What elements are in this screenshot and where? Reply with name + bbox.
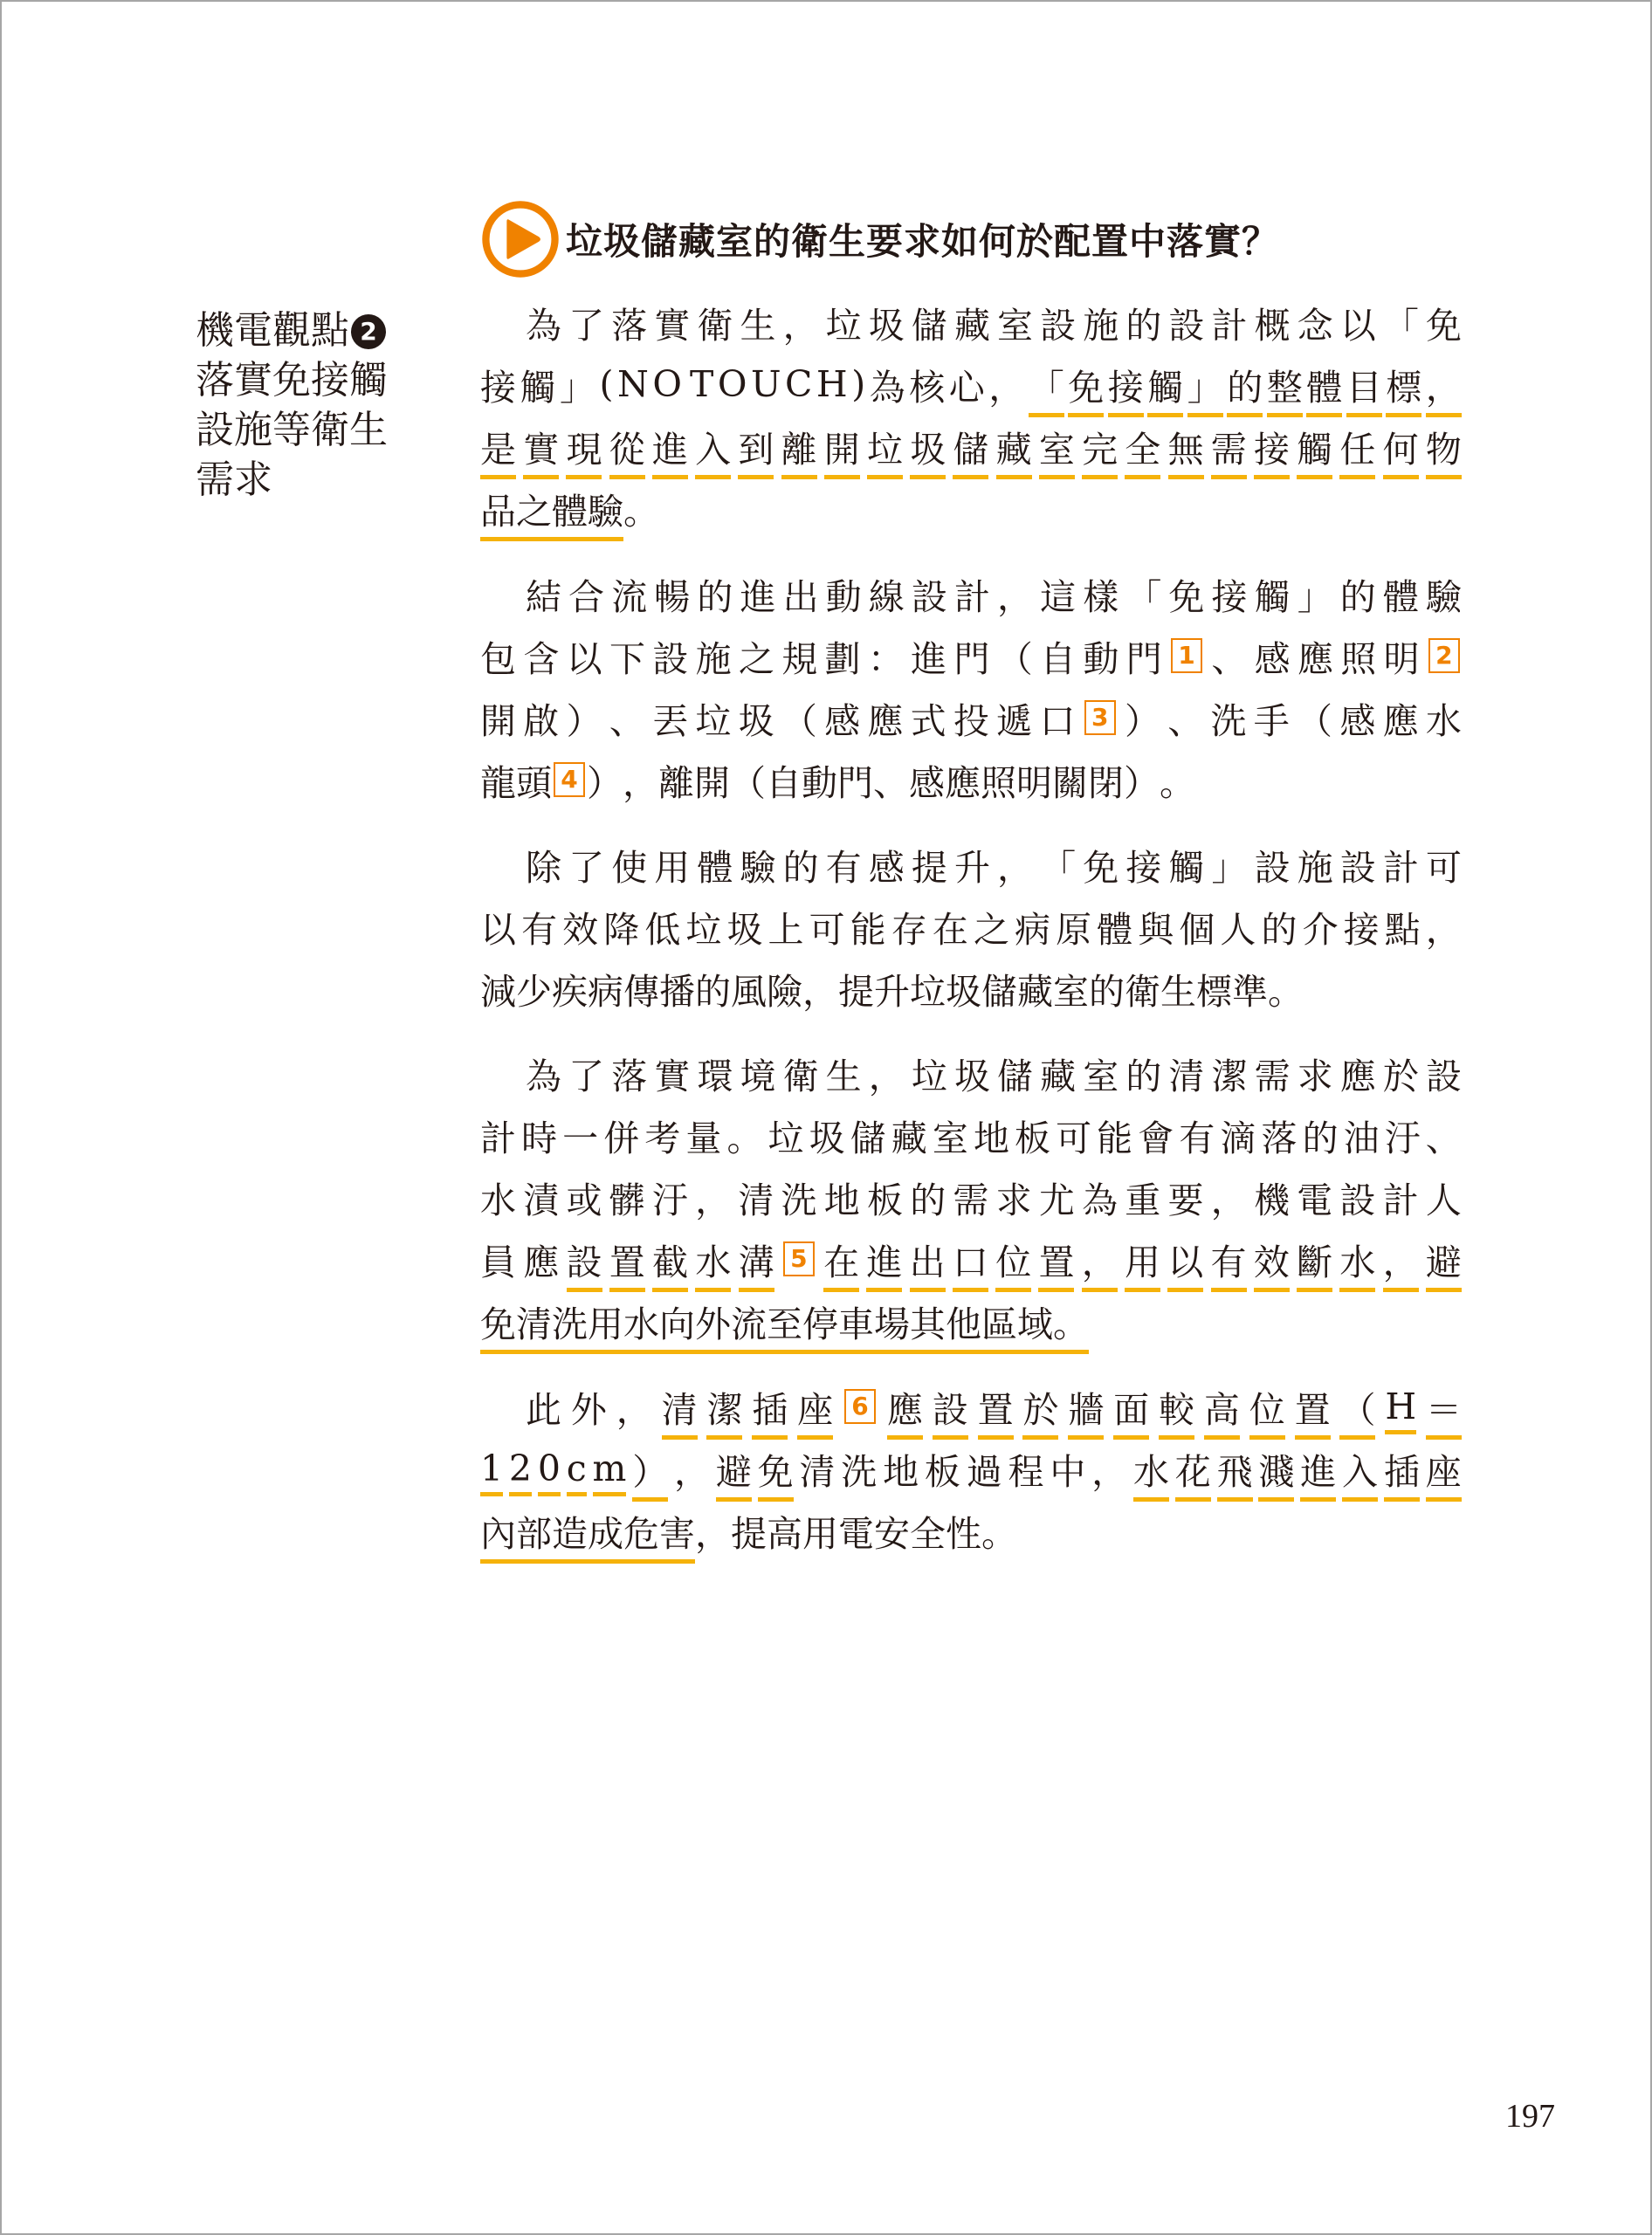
highlighted-char: 完 bbox=[1082, 421, 1118, 472]
text-char: 介 bbox=[1303, 901, 1339, 952]
text-char: 求 bbox=[996, 1172, 1032, 1223]
circled-number-badge: 2 bbox=[351, 314, 386, 349]
text-char: 遞 bbox=[996, 692, 1032, 744]
text-char: 洗 bbox=[1211, 692, 1247, 744]
text-char: 感 bbox=[909, 754, 945, 806]
highlighted-char: ， bbox=[1383, 1234, 1419, 1285]
text-char: 升 bbox=[954, 839, 990, 891]
highlighted-char: 置 bbox=[978, 1381, 1014, 1433]
text-char: 計 bbox=[954, 568, 990, 620]
highlighted-char: 接 bbox=[1108, 359, 1144, 410]
figure-reference-badge: 4 bbox=[554, 762, 585, 797]
text-char: 施 bbox=[1298, 839, 1333, 891]
highlighted-char: 目 bbox=[1346, 359, 1382, 410]
text-char: 動 bbox=[802, 754, 837, 806]
text-char: 升 bbox=[874, 963, 910, 1014]
text-char: 施 bbox=[696, 630, 732, 682]
text-char: 之 bbox=[739, 630, 774, 682]
text-char: ） bbox=[567, 692, 602, 744]
text-char: 重 bbox=[1125, 1172, 1160, 1223]
text-char: 自 bbox=[1040, 630, 1076, 682]
text-char: ） bbox=[1125, 692, 1160, 744]
text-char: 含 bbox=[523, 630, 559, 682]
text-char: 或 bbox=[566, 1172, 602, 1223]
text-char: 電 bbox=[838, 1505, 874, 1557]
text-char: 劃 bbox=[825, 630, 861, 682]
text-char: 垃 bbox=[912, 1048, 947, 1099]
highlighted-char: 「 bbox=[1029, 359, 1064, 410]
text-char: 門 bbox=[837, 754, 873, 806]
highlighted-char: 到 bbox=[738, 421, 774, 472]
highlighted-char: 位 bbox=[1249, 1381, 1285, 1433]
highlighted-char: 0 bbox=[538, 1448, 561, 1489]
side-note-line: 機電觀點2 bbox=[196, 306, 423, 355]
text-char: 的 bbox=[697, 568, 733, 620]
text-line: 開啟）、丟垃圾（感應式投遞口3）、洗手（感應水 bbox=[480, 692, 1462, 743]
text-line: 為了落實衛生，垃圾儲藏室設施的設計概念以「免 bbox=[480, 297, 1462, 347]
highlighted-char: 垃 bbox=[867, 421, 903, 472]
text-char: 為 bbox=[870, 359, 905, 410]
text-char: 圾 bbox=[726, 901, 762, 952]
text-char: 提 bbox=[838, 963, 874, 1014]
text-char: 外 bbox=[571, 1381, 607, 1433]
text-char: 為 bbox=[1082, 1172, 1118, 1223]
text-char: 存 bbox=[891, 901, 927, 952]
text-char: 會 bbox=[1138, 1110, 1174, 1161]
text-char: 的 bbox=[1125, 1048, 1161, 1099]
highlighted-char: 飛 bbox=[1217, 1443, 1253, 1495]
highlighted-char: 無 bbox=[1168, 421, 1204, 472]
text-char: 此 bbox=[526, 1381, 561, 1433]
text-char: 尤 bbox=[1039, 1172, 1075, 1223]
text-char: ， bbox=[695, 1505, 731, 1557]
highlighted-char: 進 bbox=[866, 1234, 902, 1285]
highlighted-char: 區 bbox=[981, 1296, 1017, 1347]
text-char: 機 bbox=[1254, 1172, 1290, 1223]
side-note: 機電觀點2 落實免接觸 設施等衛生 需求 bbox=[196, 306, 423, 505]
text-char: ， bbox=[869, 1048, 905, 1099]
text-char: 效 bbox=[562, 901, 598, 952]
text-char: 潔 bbox=[1212, 1048, 1248, 1099]
text-char: 全 bbox=[910, 1505, 946, 1557]
text-line: 品之體驗。 bbox=[480, 483, 1462, 533]
text-char: 感 bbox=[869, 839, 905, 891]
text-char: （ bbox=[730, 754, 766, 806]
text-char: 」 bbox=[1212, 839, 1248, 891]
text-char: ： bbox=[868, 630, 904, 682]
highlighted-char: H bbox=[1385, 1386, 1416, 1427]
highlighted-char: 水 bbox=[695, 1234, 731, 1285]
text-char: 接 bbox=[480, 359, 516, 410]
highlighted-char: 置 bbox=[1295, 1381, 1331, 1433]
text-char: 圾 bbox=[954, 1048, 990, 1099]
text-char: 垃 bbox=[685, 901, 721, 952]
text-char: 使 bbox=[611, 839, 647, 891]
text-line: 120cm），避免清洗地板過程中，水花飛濺進入插座 bbox=[480, 1443, 1462, 1494]
text-char: 設 bbox=[912, 568, 947, 620]
text-char: 啟 bbox=[523, 692, 559, 744]
highlighted-char: 用 bbox=[1125, 1234, 1160, 1285]
text-char: ， bbox=[1211, 1172, 1247, 1223]
play-circle-icon bbox=[480, 199, 561, 279]
side-note-line: 設施等衛生 bbox=[196, 405, 423, 455]
text-line: 免清洗用水向外流至停車場其他區域。 bbox=[480, 1296, 1462, 1346]
text-char: 衛 bbox=[697, 297, 733, 348]
highlighted-char: 向 bbox=[659, 1296, 695, 1347]
highlighted-char: 之 bbox=[516, 483, 552, 534]
highlighted-char: 其 bbox=[910, 1296, 946, 1347]
text-char: 了 bbox=[568, 1048, 604, 1099]
book-page: 垃圾儲藏室的衛生要求如何於配置中落實？ 機電觀點2 落實免接觸 設施等衛生 需求… bbox=[0, 0, 1652, 2235]
text-char: 投 bbox=[953, 692, 989, 744]
text-char: 暢 bbox=[654, 568, 690, 620]
text-char: 的 bbox=[1125, 297, 1161, 348]
text-line: 是實現從進入到離開垃圾儲藏室完全無需接觸任何物 bbox=[480, 421, 1462, 471]
text-char: 明 bbox=[1384, 630, 1420, 682]
text-char: 的 bbox=[1261, 901, 1297, 952]
text-char: H bbox=[816, 363, 848, 405]
text-char: 設 bbox=[1255, 839, 1291, 891]
text-char: 設 bbox=[1426, 1048, 1462, 1099]
text-char: 垃 bbox=[910, 963, 946, 1014]
text-char: 、 bbox=[609, 692, 645, 744]
text-char: 。 bbox=[623, 483, 659, 534]
text-char: ， bbox=[695, 1172, 731, 1223]
text-char: 的 bbox=[1340, 568, 1376, 620]
text-char: 藏 bbox=[1040, 1048, 1076, 1099]
text-char: 風 bbox=[731, 963, 767, 1014]
highlighted-char: 花 bbox=[1175, 1443, 1211, 1495]
text-char: 垃 bbox=[768, 1110, 804, 1161]
text-line: 內部造成危害，提高用電安全性。 bbox=[480, 1505, 1462, 1556]
text-char: 過 bbox=[967, 1443, 1002, 1495]
text-char: 開 bbox=[694, 754, 730, 806]
highlighted-char: 從 bbox=[609, 421, 645, 472]
text-char: 」 bbox=[560, 359, 595, 410]
text-char: 這 bbox=[1040, 568, 1076, 620]
text-line: 以有效降低垃圾上可能存在之病原體與個人的介接點， bbox=[480, 901, 1462, 952]
text-char: 環 bbox=[697, 1048, 733, 1099]
text-char: ， bbox=[616, 1381, 652, 1433]
highlighted-char: 插 bbox=[752, 1381, 788, 1433]
text-char: O bbox=[718, 363, 747, 405]
text-char: ， bbox=[783, 297, 819, 348]
text-char: 員 bbox=[480, 1234, 516, 1285]
text-char: 合 bbox=[568, 568, 604, 620]
highlighted-char: 出 bbox=[910, 1234, 946, 1285]
text-char: 一 bbox=[562, 1110, 598, 1161]
text-char: 進 bbox=[740, 568, 775, 620]
text-char: ， bbox=[623, 754, 658, 806]
text-line: 包含以下設施之規劃：進門（自動門1、感應照明2 bbox=[480, 630, 1462, 681]
text-char: 應 bbox=[867, 692, 903, 744]
text-char: 為 bbox=[526, 1048, 561, 1099]
text-char: 電 bbox=[1297, 1172, 1332, 1223]
text-line: 接觸」(NO TOUCH)為核心，「免接觸」的整體目標， bbox=[480, 359, 1462, 409]
text-char: 生 bbox=[826, 1048, 862, 1099]
text-char: 之 bbox=[974, 901, 1009, 952]
text-char: （ bbox=[781, 692, 817, 744]
text-char: 圾 bbox=[809, 1110, 845, 1161]
text-char: 與 bbox=[1138, 901, 1174, 952]
text-char: 的 bbox=[910, 1172, 946, 1223]
text-char: 下 bbox=[609, 630, 645, 682]
text-char: 病 bbox=[1015, 901, 1050, 952]
text-char: 照 bbox=[1340, 630, 1376, 682]
text-char: 地 bbox=[883, 1443, 919, 1495]
highlighted-char: 用 bbox=[588, 1296, 623, 1347]
text-char: 應 bbox=[945, 754, 981, 806]
text-char: 室 bbox=[1083, 1048, 1119, 1099]
text-char: 核 bbox=[909, 359, 945, 410]
text-char: 心 bbox=[949, 359, 985, 410]
text-char: 落 bbox=[1261, 1110, 1297, 1161]
highlighted-char: 任 bbox=[1339, 421, 1375, 472]
text-char: 可 bbox=[1426, 839, 1462, 891]
text-char: 實 bbox=[654, 297, 690, 348]
highlighted-char: 進 bbox=[1300, 1443, 1336, 1495]
text-char: 線 bbox=[869, 568, 905, 620]
text-char: 儲 bbox=[997, 1048, 1033, 1099]
text-char: 少 bbox=[516, 963, 552, 1014]
highlighted-char: 潔 bbox=[706, 1381, 742, 1433]
text-char: 洗 bbox=[841, 1443, 877, 1495]
text-char: （ bbox=[1297, 692, 1332, 744]
highlighted-char: 造 bbox=[552, 1505, 588, 1557]
text-char: ） bbox=[587, 754, 623, 806]
text-char: 的 bbox=[1303, 1110, 1339, 1161]
text-char: 藏 bbox=[954, 297, 990, 348]
text-char: 了 bbox=[568, 297, 604, 348]
text-char: 「 bbox=[1040, 839, 1076, 891]
text-char: 以 bbox=[480, 901, 516, 952]
text-char: 能 bbox=[850, 901, 886, 952]
highlighted-char: 域 bbox=[1017, 1296, 1053, 1347]
text-char: 室 bbox=[933, 1110, 968, 1161]
highlighted-char: 置 bbox=[1038, 1234, 1074, 1285]
highlighted-char: 整 bbox=[1267, 359, 1303, 410]
highlighted-char: 車 bbox=[838, 1296, 874, 1347]
text-char: 可 bbox=[1056, 1110, 1091, 1161]
text-char: 觸 bbox=[520, 359, 556, 410]
text-char: 接 bbox=[1344, 901, 1380, 952]
text-char: 高 bbox=[767, 1505, 802, 1557]
text-char: 體 bbox=[697, 839, 733, 891]
highlighted-char: 全 bbox=[1125, 421, 1160, 472]
text-char: 結 bbox=[526, 568, 561, 620]
highlighted-char: 現 bbox=[566, 421, 602, 472]
text-char: 丟 bbox=[652, 692, 688, 744]
highlighted-char: 牆 bbox=[1068, 1381, 1104, 1433]
text-char: 設 bbox=[1040, 297, 1076, 348]
text-char: 、 bbox=[1167, 692, 1203, 744]
text-char: 、 bbox=[1426, 1110, 1462, 1161]
text-char: 手 bbox=[1254, 692, 1290, 744]
text-char: 應 bbox=[523, 1234, 559, 1285]
text-char: 考 bbox=[644, 1110, 680, 1161]
highlighted-char: 在 bbox=[823, 1234, 859, 1285]
text-char: 在 bbox=[933, 901, 968, 952]
highlighted-char: 觸 bbox=[1297, 421, 1332, 472]
highlighted-char: 標 bbox=[1386, 359, 1421, 410]
text-char: 觸 bbox=[1255, 568, 1291, 620]
highlighted-char: 圾 bbox=[910, 421, 946, 472]
highlighted-char: 內 bbox=[480, 1505, 516, 1557]
highlighted-char: 效 bbox=[1254, 1234, 1290, 1285]
highlighted-char: 是 bbox=[480, 421, 516, 472]
text-char: 照 bbox=[981, 754, 1016, 806]
text-char: 有 bbox=[521, 901, 557, 952]
text-char: O bbox=[652, 363, 682, 405]
text-char: 播 bbox=[659, 963, 695, 1014]
text-char: 傳 bbox=[623, 963, 659, 1014]
text-char: 圾 bbox=[739, 692, 774, 744]
text-char: 低 bbox=[644, 901, 680, 952]
highlighted-char: 離 bbox=[781, 421, 817, 472]
text-char: 。 bbox=[981, 1505, 1017, 1557]
text-char: 點 bbox=[1385, 901, 1421, 952]
text-char: ， bbox=[988, 359, 1024, 410]
text-char: 口 bbox=[1039, 692, 1075, 744]
text-char: （ bbox=[997, 630, 1033, 682]
text-char: 感 bbox=[1255, 630, 1291, 682]
figure-reference-badge: 1 bbox=[1171, 638, 1202, 673]
page-number: 197 bbox=[1505, 2097, 1555, 2135]
highlighted-char: 水 bbox=[1339, 1234, 1375, 1285]
text-char: 人 bbox=[1220, 901, 1256, 952]
text-char: 門 bbox=[1126, 630, 1162, 682]
text-char: 疾 bbox=[552, 963, 588, 1014]
side-note-text: 機電觀點 bbox=[196, 308, 349, 353]
text-char: 水 bbox=[480, 1172, 516, 1223]
text-char: 降 bbox=[603, 901, 639, 952]
highlighted-char: 體 bbox=[1306, 359, 1342, 410]
highlighted-char: 免 bbox=[1068, 359, 1104, 410]
text-char: 時 bbox=[521, 1110, 557, 1161]
highlighted-char: 危 bbox=[623, 1505, 659, 1557]
text-char: 計 bbox=[1383, 839, 1419, 891]
text-char: 清 bbox=[738, 1172, 774, 1223]
text-char: 明 bbox=[1016, 754, 1052, 806]
text-char: ， bbox=[997, 568, 1033, 620]
highlighted-char: 何 bbox=[1383, 421, 1419, 472]
text-char: 安 bbox=[874, 1505, 910, 1557]
highlighted-char: 室 bbox=[1039, 421, 1075, 472]
text-char: 念 bbox=[1298, 297, 1333, 348]
text-char: 驗 bbox=[1426, 568, 1462, 620]
text-char: 地 bbox=[974, 1110, 1009, 1161]
text-char: 漬 bbox=[523, 1172, 559, 1223]
text-line: 結合流暢的進出動線設計，這樣「免接觸」的體驗 bbox=[480, 568, 1462, 619]
text-char: 龍 bbox=[480, 754, 516, 806]
text-char: 觸 bbox=[1168, 839, 1204, 891]
text-char: 洗 bbox=[781, 1172, 817, 1223]
text-char: 體 bbox=[1383, 568, 1419, 620]
text-char: 儲 bbox=[912, 297, 947, 348]
text-char: 以 bbox=[1340, 297, 1376, 348]
text-char: 動 bbox=[826, 568, 862, 620]
text-char: 提 bbox=[912, 839, 947, 891]
text-char: 「 bbox=[1383, 297, 1419, 348]
text-line: 水漬或髒汙，清洗地板的需求尤為重要，機電設計人 bbox=[480, 1172, 1462, 1222]
text-char: ， bbox=[997, 839, 1033, 891]
text-char: N bbox=[617, 363, 649, 405]
text-char: 落 bbox=[611, 297, 647, 348]
text-char: 計 bbox=[1383, 1172, 1419, 1223]
figure-reference-badge: 3 bbox=[1084, 700, 1116, 735]
text-char: 板 bbox=[867, 1172, 903, 1223]
highlighted-char: 面 bbox=[1113, 1381, 1149, 1433]
text-char: 人 bbox=[1426, 1172, 1462, 1223]
text-char: 免 bbox=[1426, 297, 1462, 348]
text-char: 感 bbox=[1339, 692, 1375, 744]
highlighted-char: ＝ bbox=[1426, 1381, 1462, 1433]
highlighted-char: 實 bbox=[523, 421, 559, 472]
text-char: 接 bbox=[1125, 839, 1161, 891]
highlighted-char: 水 bbox=[623, 1296, 659, 1347]
text-char: 性 bbox=[946, 1505, 981, 1557]
text-char: ， bbox=[674, 1443, 710, 1495]
side-note-line: 落實免接觸 bbox=[196, 355, 423, 405]
highlighted-char: 成 bbox=[588, 1505, 623, 1557]
text-char: 體 bbox=[1097, 901, 1132, 952]
highlighted-char: ， bbox=[1082, 1234, 1118, 1285]
text-char: 開 bbox=[480, 692, 516, 744]
highlighted-char: 停 bbox=[802, 1296, 838, 1347]
text-char: 接 bbox=[1212, 568, 1248, 620]
text-char: 垃 bbox=[695, 692, 731, 744]
highlighted-char: 避 bbox=[716, 1443, 752, 1495]
text-char: 離 bbox=[658, 754, 694, 806]
text-char: 免 bbox=[1168, 568, 1204, 620]
text-char: 進 bbox=[911, 630, 946, 682]
highlighted-char: 外 bbox=[695, 1296, 731, 1347]
text-line: 龍頭4），離開（自動門、感應照明關閉）。 bbox=[480, 754, 1462, 805]
text-char: 可 bbox=[809, 901, 845, 952]
text-char: 滴 bbox=[1220, 1110, 1256, 1161]
text-char: 境 bbox=[740, 1048, 775, 1099]
text-char: ) bbox=[851, 363, 865, 405]
text-char: 垃 bbox=[826, 297, 862, 348]
text-char: 圾 bbox=[869, 297, 905, 348]
text-line: 除了使用體驗的有感提升，「免接觸」設施設計可 bbox=[480, 839, 1462, 890]
highlighted-char: 體 bbox=[552, 483, 588, 534]
text-char: 能 bbox=[1097, 1110, 1132, 1161]
text-char: 標 bbox=[1196, 963, 1232, 1014]
highlighted-char: 場 bbox=[874, 1296, 910, 1347]
highlighted-char: 截 bbox=[652, 1234, 688, 1285]
text-char: 落 bbox=[611, 1048, 647, 1099]
text-char: ， bbox=[802, 963, 838, 1014]
highlighted-char: ， bbox=[1426, 359, 1462, 410]
text-char: 中 bbox=[1050, 1443, 1085, 1495]
text-char: 的 bbox=[1089, 963, 1125, 1014]
text-char: 準 bbox=[1232, 963, 1268, 1014]
text-char: 藏 bbox=[1017, 963, 1053, 1014]
text-char: 提 bbox=[731, 1505, 767, 1557]
highlighted-char: 設 bbox=[933, 1381, 968, 1433]
highlighted-char: 需 bbox=[1211, 421, 1247, 472]
highlighted-char: 溝 bbox=[739, 1234, 774, 1285]
highlighted-char: 清 bbox=[662, 1381, 698, 1433]
text-char: 儲 bbox=[850, 1110, 886, 1161]
text-char: 門 bbox=[953, 630, 989, 682]
text-char: 病 bbox=[588, 963, 623, 1014]
text-char: 包 bbox=[480, 630, 516, 682]
text-char: 髒 bbox=[609, 1172, 645, 1223]
text-char: 用 bbox=[654, 839, 690, 891]
text-char: 。 bbox=[726, 1110, 762, 1161]
